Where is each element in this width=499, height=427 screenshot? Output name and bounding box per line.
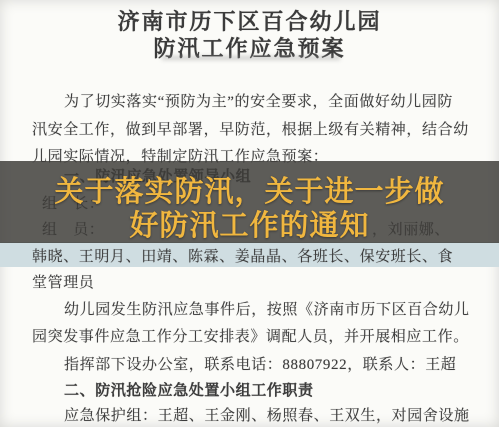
paragraph1-line1: 为了切实落实“预防为主”的安全要求，全面做好幼儿园防 [64,90,453,111]
section2-heading: 二、防汛抢险应急处置小组工作职责 [64,379,314,400]
news-headline-banner: 关于落实防汛，关于进一步做 好防汛工作的通知 [0,161,499,243]
banner-headline-line1: 关于落实防汛，关于进一步做 [0,175,499,209]
banner-headline-line2: 好防汛工作的通知 [0,209,499,243]
member-wrap-line2: 堂管理员 [32,271,94,292]
member-wrap-line1: 韩晓、王明月、田靖、陈霖、姜晶晶、各班长、保安班长、食 [32,245,453,266]
paragraph2-line2: 园突发事件应急工作分工安排表》调配人员，并开展相应工作。 [32,325,469,346]
paragraph1-line2: 汛安全工作，做到早部署，早防范，根据上级有关精神，结合幼 [32,118,469,139]
document-photo: 济南市历下区百合幼儿园 防汛工作应急预案 为了切实落实“预防为主”的安全要求，全… [0,0,499,427]
duty-line: 应急保护组：王超、王金刚、杨照春、王双生，对园舍设施 [64,404,470,425]
paragraph2-line1: 幼儿园发生防汛应急事件后，按照《济南市历下区百合幼儿 [64,298,470,319]
title-ghost-shadow [162,56,340,60]
office-contact-line: 指挥部下设办公室，联系电话：88807922，联系人：王超 [64,353,456,374]
